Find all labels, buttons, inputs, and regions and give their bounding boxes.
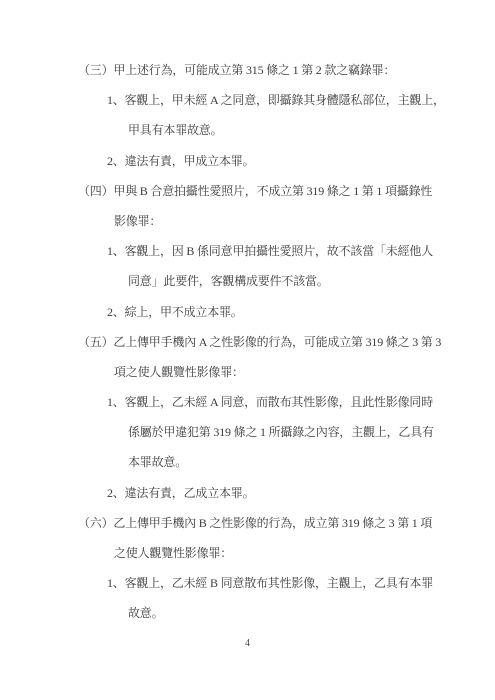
document-page: （三）甲上述行為，可能成立第 315 條之 1 第 2 款之竊錄罪：1、客觀上，… <box>0 0 495 700</box>
text-line: 1、客觀上，乙未經 A 同意，而散布其性影像，且此性影像同時 <box>0 387 495 417</box>
text-line: 2、違法有責，乙成立本罪。 <box>0 478 495 508</box>
text-line: 2、違法有責，甲成立本罪。 <box>0 146 495 176</box>
text-line: 1、客觀上，甲未經 A 之同意，即攝錄其身體隱私部位，主觀上， <box>0 85 495 115</box>
text-line: 2、綜上，甲不成立本罪。 <box>0 297 495 327</box>
document-text: （三）甲上述行為，可能成立第 315 條之 1 第 2 款之竊錄罪：1、客觀上，… <box>0 0 495 629</box>
text-line: 甲具有本罪故意。 <box>0 115 495 145</box>
text-line: （四）甲與 B 合意拍攝性愛照片，不成立第 319 條之 1 第 1 項攝錄性 <box>0 176 495 206</box>
text-line: 1、客觀上，乙未經 B 同意散布其性影像，主觀上，乙具有本罪 <box>0 568 495 598</box>
text-line: 項之使人觀覽性影像罪： <box>0 357 495 387</box>
page-number: 4 <box>0 634 495 654</box>
text-line: 係屬於甲違犯第 319 條之 1 所攝錄之內容，主觀上，乙具有 <box>0 417 495 447</box>
text-line: （五）乙上傳甲手機內 A 之性影像的行為，可能成立第 319 條之 3 第 3 <box>0 327 495 357</box>
text-line: 影像罪： <box>0 206 495 236</box>
text-line: （三）甲上述行為，可能成立第 315 條之 1 第 2 款之竊錄罪： <box>0 55 495 85</box>
text-line: 本罪故意。 <box>0 447 495 477</box>
text-line: 之使人觀覽性影像罪： <box>0 538 495 568</box>
text-line: 同意」此要件，客觀構成要件不該當。 <box>0 266 495 296</box>
text-line: （六）乙上傳甲手機內 B 之性影像的行為，成立第 319 條之 3 第 1 項 <box>0 508 495 538</box>
text-line: 故意。 <box>0 598 495 628</box>
text-line: 1、客觀上，因 B 係同意甲拍攝性愛照片，故不該當「未經他人 <box>0 236 495 266</box>
